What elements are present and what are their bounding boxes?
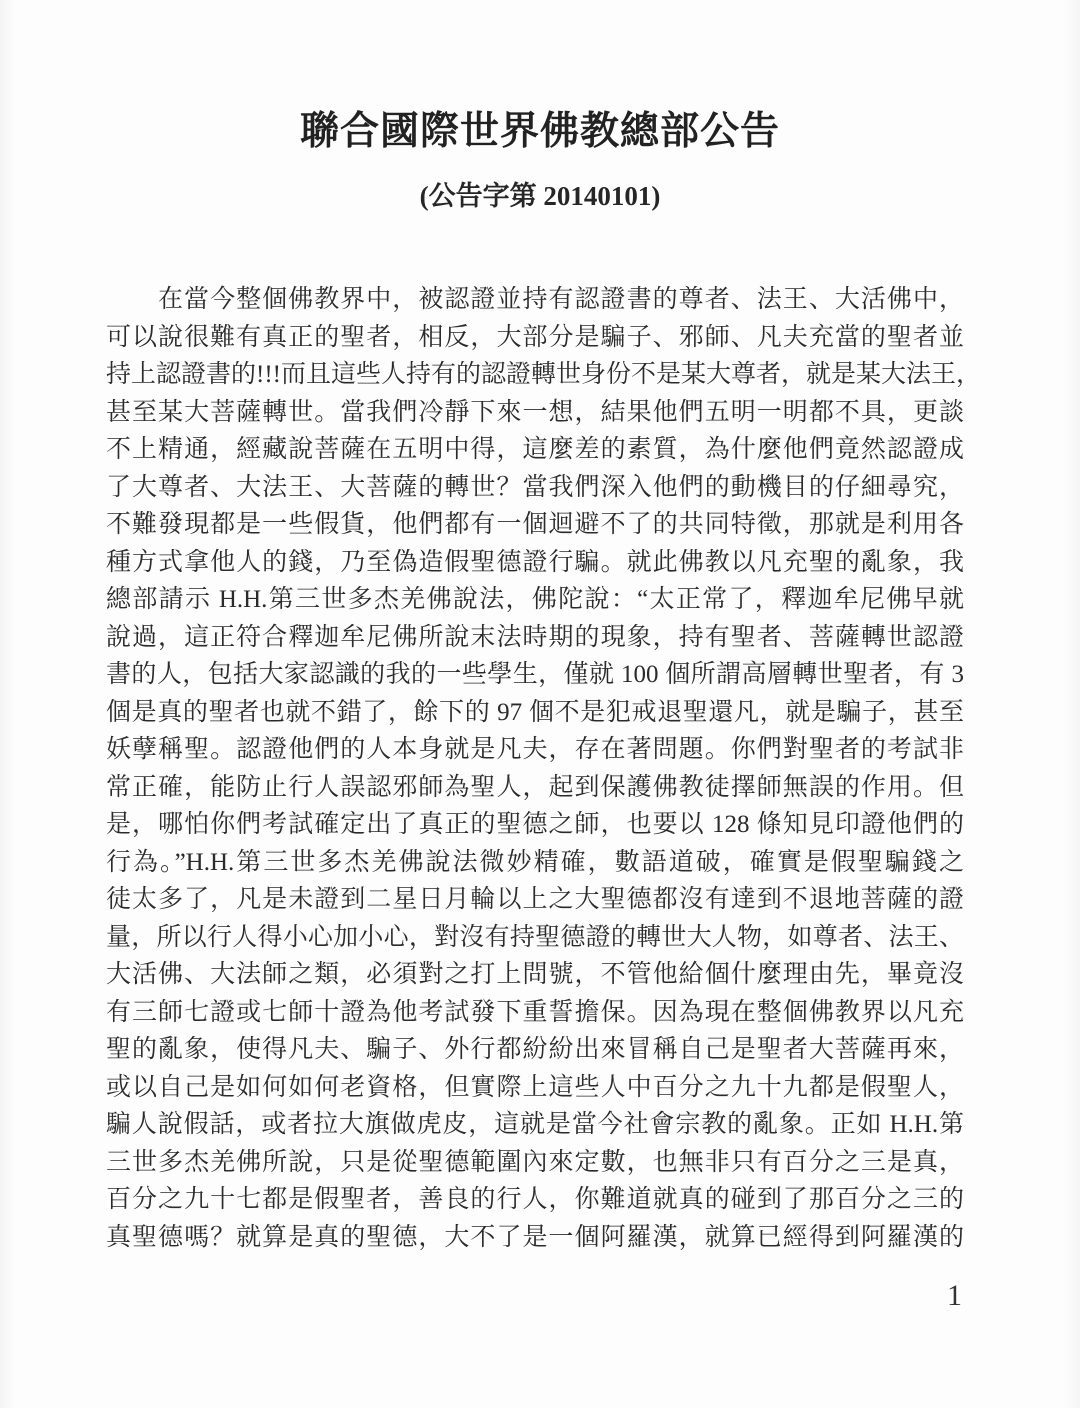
- body-line: 書的人，包括大家認識的我的一些學生，僅就 100 個所謂高層轉世聖者，有 3: [106, 656, 964, 694]
- body-line: 妖孽稱聖。認證他們的人本身就是凡夫，存在著問題。你們對聖者的考試非: [106, 731, 964, 769]
- body-line: 大活佛、大法師之類，必須對之打上問號，不管他給個什麼理由先，畢竟沒: [106, 956, 964, 994]
- body-line: 持上認證書的!!!而且這些人持有的認證轉世身份不是某大尊者，就是某大法王，: [106, 356, 964, 394]
- body-line: 騙人說假話，或者拉大旗做虎皮，這就是當今社會宗教的亂象。正如 H.H.第: [106, 1106, 964, 1144]
- body-line: 說過，這正符合釋迦牟尼佛所說末法時期的現象，持有聖者、菩薩轉世認證: [106, 619, 964, 657]
- page-number: 1: [947, 1276, 962, 1316]
- document-body: 在當今整個佛教界中，被認證並持有認證書的尊者、法王、大活佛中，可以說很難有真正的…: [106, 281, 964, 1256]
- body-line: 不難發現都是一些假貨，他們都有一個迴避不了的共同特徵，那就是利用各: [106, 506, 964, 544]
- body-line: 真聖德嗎？就算是真的聖德，大不了是一個阿羅漢，就算已經得到阿羅漢的: [106, 1219, 964, 1257]
- body-line: 有三師七證或七師十證為他考試發下重誓擔保。因為現在整個佛教界以凡充: [106, 994, 964, 1032]
- body-line: 量，所以行人得小心加小心，對沒有持聖德證的轉世大人物，如尊者、法王、: [106, 919, 964, 957]
- body-line: 常正確，能防止行人誤認邪師為聖人，起到保護佛教徒擇師無誤的作用。但: [106, 769, 964, 807]
- body-line: 是，哪怕你們考試確定出了真正的聖德之師，也要以 128 條知見印證他們的: [106, 806, 964, 844]
- body-line: 行為。”H.H.第三世多杰羌佛說法微妙精確，數語道破，確實是假聖騙錢之: [106, 844, 964, 882]
- body-line: 種方式拿他人的錢，乃至偽造假聖德證行騙。就此佛教以凡充聖的亂象，我: [106, 544, 964, 582]
- body-line: 可以說很難有真正的聖者，相反，大部分是騙子、邪師、凡夫充當的聖者並: [106, 319, 964, 357]
- body-line: 總部請示 H.H.第三世多杰羌佛說法，佛陀說：“太正常了，釋迦牟尼佛早就: [106, 581, 964, 619]
- body-line: 了大尊者、大法王、大菩薩的轉世？當我們深入他們的動機目的仔細尋究，: [106, 469, 964, 507]
- body-line: 個是真的聖者也就不錯了，餘下的 97 個不是犯戒退聖還凡，就是騙子，甚至: [106, 694, 964, 732]
- body-line: 甚至某大菩薩轉世。當我們冷靜下來一想，結果他們五明一明都不具，更談: [106, 394, 964, 432]
- document-page: 聯合國際世界佛教總部公告 (公告字第 20140101) 在當今整個佛教界中，被…: [0, 0, 1080, 1408]
- document-title: 聯合國際世界佛教總部公告: [0, 106, 1080, 158]
- body-line: 徒太多了，凡是未證到二星日月輪以上之大聖德都沒有達到不退地菩薩的證: [106, 881, 964, 919]
- body-line: 三世多杰羌佛所說，只是從聖德範圍內來定數，也無非只有百分之三是真，: [106, 1144, 964, 1182]
- body-line: 百分之九十七都是假聖者，善良的行人，你難道就真的碰到了那百分之三的: [106, 1181, 964, 1219]
- body-line: 在當今整個佛教界中，被認證並持有認證書的尊者、法王、大活佛中，: [106, 281, 964, 319]
- body-line: 聖的亂象，使得凡夫、騙子、外行都紛紛出來冒稱自己是聖者大菩薩再來，: [106, 1031, 964, 1069]
- body-line: 或以自己是如何如何老資格，但實際上這些人中百分之九十九都是假聖人，: [106, 1069, 964, 1107]
- document-number: (公告字第 20140101): [0, 178, 1080, 214]
- body-line: 不上精通，經藏說菩薩在五明中得，這麼差的素質，為什麼他們竟然認證成: [106, 431, 964, 469]
